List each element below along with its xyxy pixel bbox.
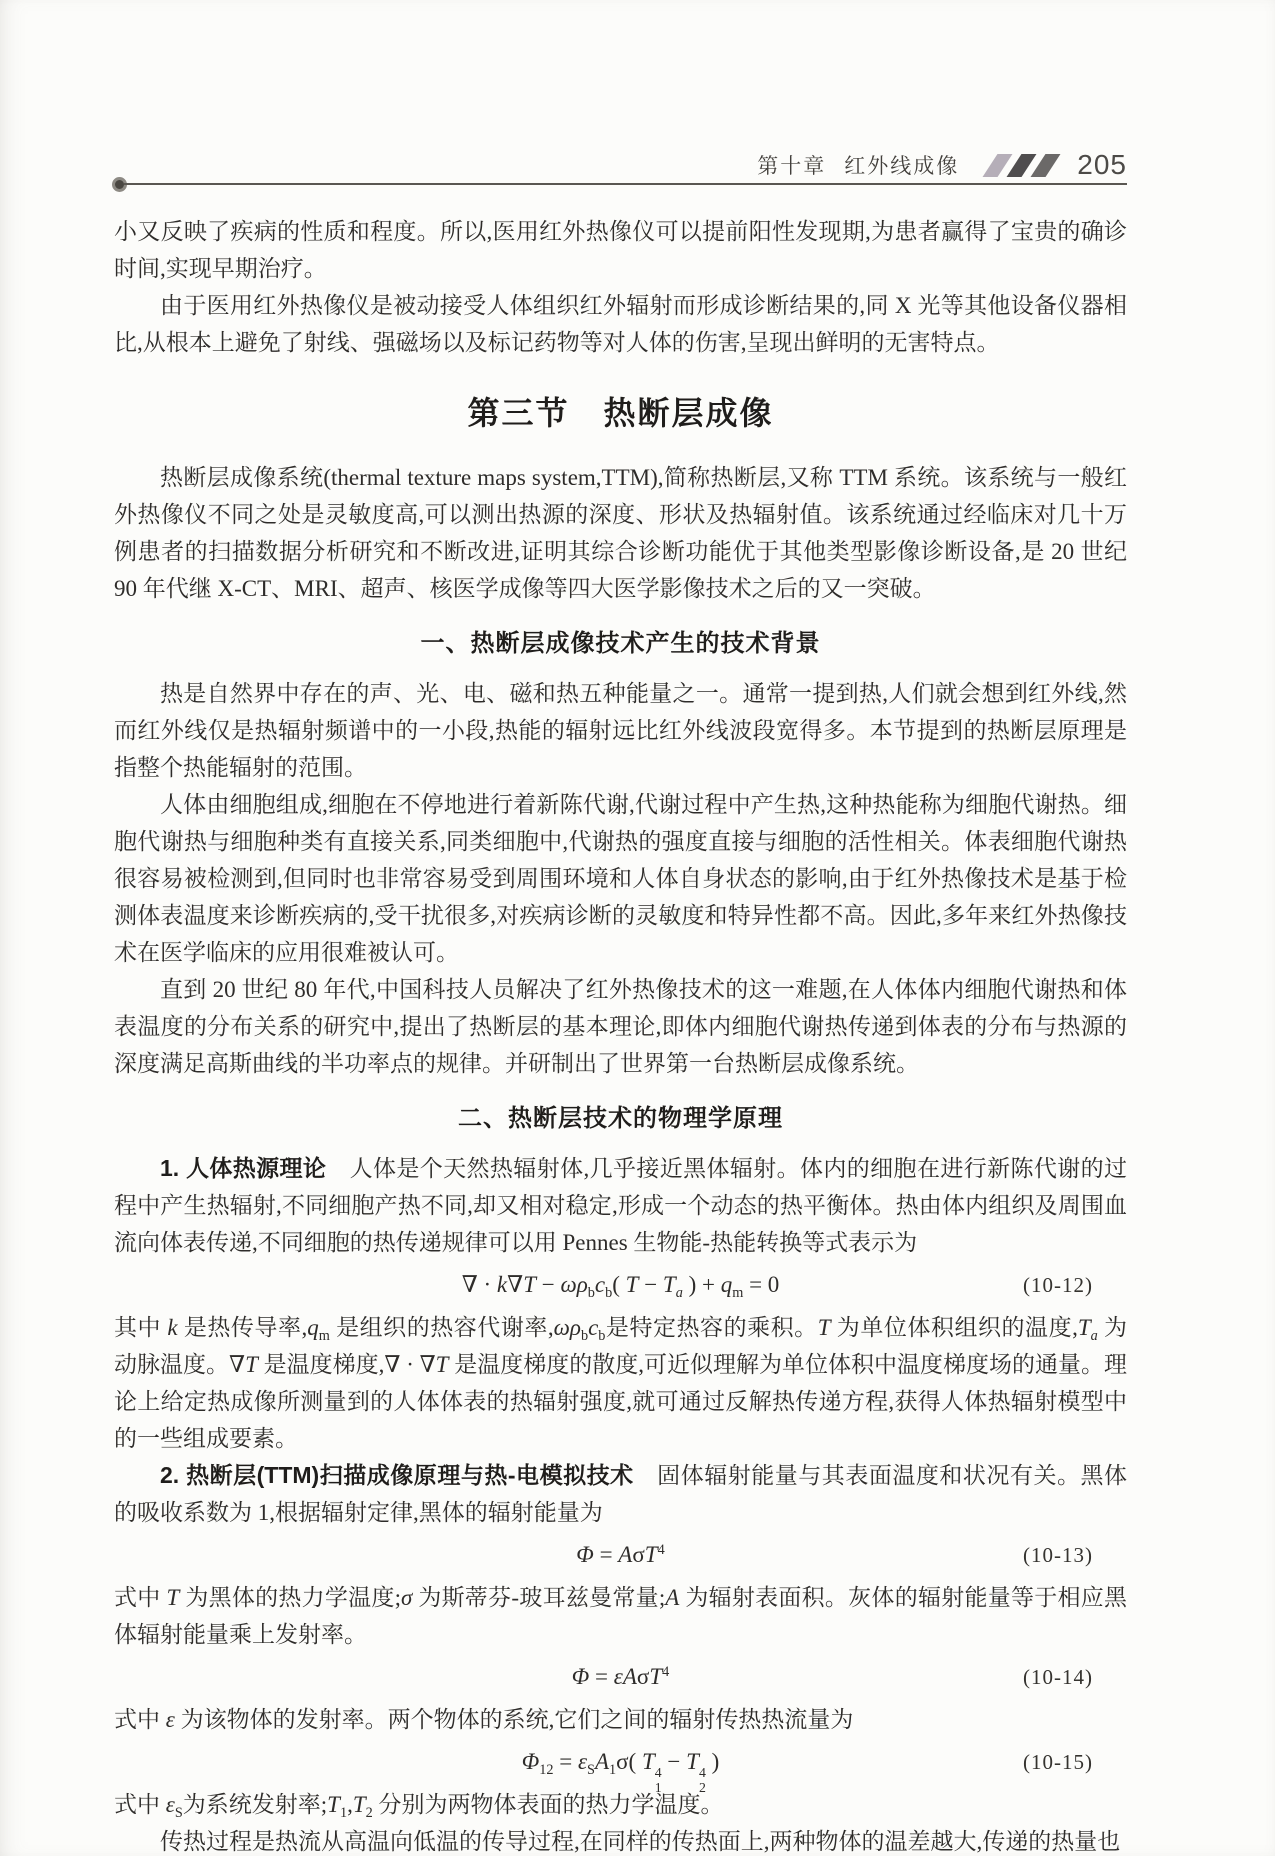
page-body: 小又反映了疾病的性质和程度。所以,医用红外热像仪可以提前阳性发现期,为患者赢得了… [114, 213, 1127, 1856]
paragraph: 1. 人体热源理论 人体是个天然热辐射体,几乎接近黑体辐射。体内的细胞在进行新陈… [114, 1150, 1127, 1261]
subsection-heading-2: 二、热断层技术的物理学原理 [114, 1102, 1127, 1136]
running-head: 第十章 红外线成像 205 [757, 149, 1127, 181]
paragraph: 人体由细胞组成,细胞在不停地进行着新陈代谢,代谢过程中产生热,这种热能称为细胞代… [114, 786, 1127, 971]
paragraph: 2. 热断层(TTM)扫描成像原理与热-电模拟技术 固体辐射能量与其表面温度和状… [114, 1457, 1127, 1531]
header-rule [124, 183, 1127, 185]
equation-10-14: Φ = εAσT4 (10-14) [114, 1656, 1127, 1698]
equation-10-12: ∇ · k∇T − ωρbcb( T − Ta ) + qm = 0 (10-1… [114, 1264, 1127, 1306]
page-number: 205 [1077, 149, 1127, 181]
equation-10-13: Φ = AσT4 (10-13) [114, 1534, 1127, 1576]
page-header: 第十章 红外线成像 205 [114, 148, 1127, 190]
equation-number: (10-12) [1023, 1264, 1093, 1306]
equation-10-15: Φ12 = εSA1σ( T41 − T42 ) (10-15) [114, 1741, 1127, 1783]
equation-number: (10-14) [1023, 1656, 1093, 1698]
section-title: 第三节 热断层成像 [114, 391, 1127, 435]
paragraph: 小又反映了疾病的性质和程度。所以,医用红外热像仪可以提前阳性发现期,为患者赢得了… [114, 213, 1127, 287]
paragraph: 式中 T 为黑体的热力学温度;σ 为斯蒂芬-玻耳兹曼常量;A 为辐射表面积。灰体… [114, 1579, 1127, 1653]
book-page: 第十章 红外线成像 205 小又反映了疾病的性质和程度。所以,医用红外热像仪可以… [0, 0, 1275, 1856]
equation-math: ∇ · k∇T − ωρbcb( T − Ta ) + qm = 0 [462, 1272, 780, 1297]
header-stripes-icon [981, 154, 1053, 177]
equation-math: Φ = AσT4 [576, 1542, 664, 1567]
paragraph: 传热过程是热流从高温向低温的传导过程,在同样的传热面上,两种物体的温差越大,传递… [114, 1823, 1127, 1856]
equation-math: Φ = εAσT4 [572, 1664, 669, 1689]
chapter-title: 红外线成像 [844, 150, 959, 180]
paragraph: 式中 εS为系统发射率;T1,T2 分别为两物体表面的热力学温度。 [114, 1786, 1127, 1823]
subsection-heading-1: 一、热断层成像技术产生的技术背景 [114, 627, 1127, 661]
paragraph: 热是自然界中存在的声、光、电、磁和热五种能量之一。通常一提到热,人们就会想到红外… [114, 675, 1127, 786]
paragraph: 由于医用红外热像仪是被动接受人体组织红外辐射而形成诊断结果的,同 X 光等其他设… [114, 287, 1127, 361]
paragraph: 其中 k 是热传导率,qm 是组织的热容代谢率,ωρbcb是特定热容的乘积。T … [114, 1309, 1127, 1457]
equation-number: (10-15) [1023, 1741, 1093, 1783]
equation-math: Φ12 = εSA1σ( T41 − T42 ) [522, 1749, 720, 1774]
paragraph: 式中 ε 为该物体的发射率。两个物体的系统,它们之间的辐射传热热流量为 [114, 1701, 1127, 1738]
chapter-label: 第十章 [757, 150, 826, 180]
equation-number: (10-13) [1023, 1534, 1093, 1576]
paragraph: 直到 20 世纪 80 年代,中国科技人员解决了红外热像技术的这一难题,在人体体… [114, 971, 1127, 1082]
paragraph: 热断层成像系统(thermal texture maps system,TTM)… [114, 459, 1127, 607]
